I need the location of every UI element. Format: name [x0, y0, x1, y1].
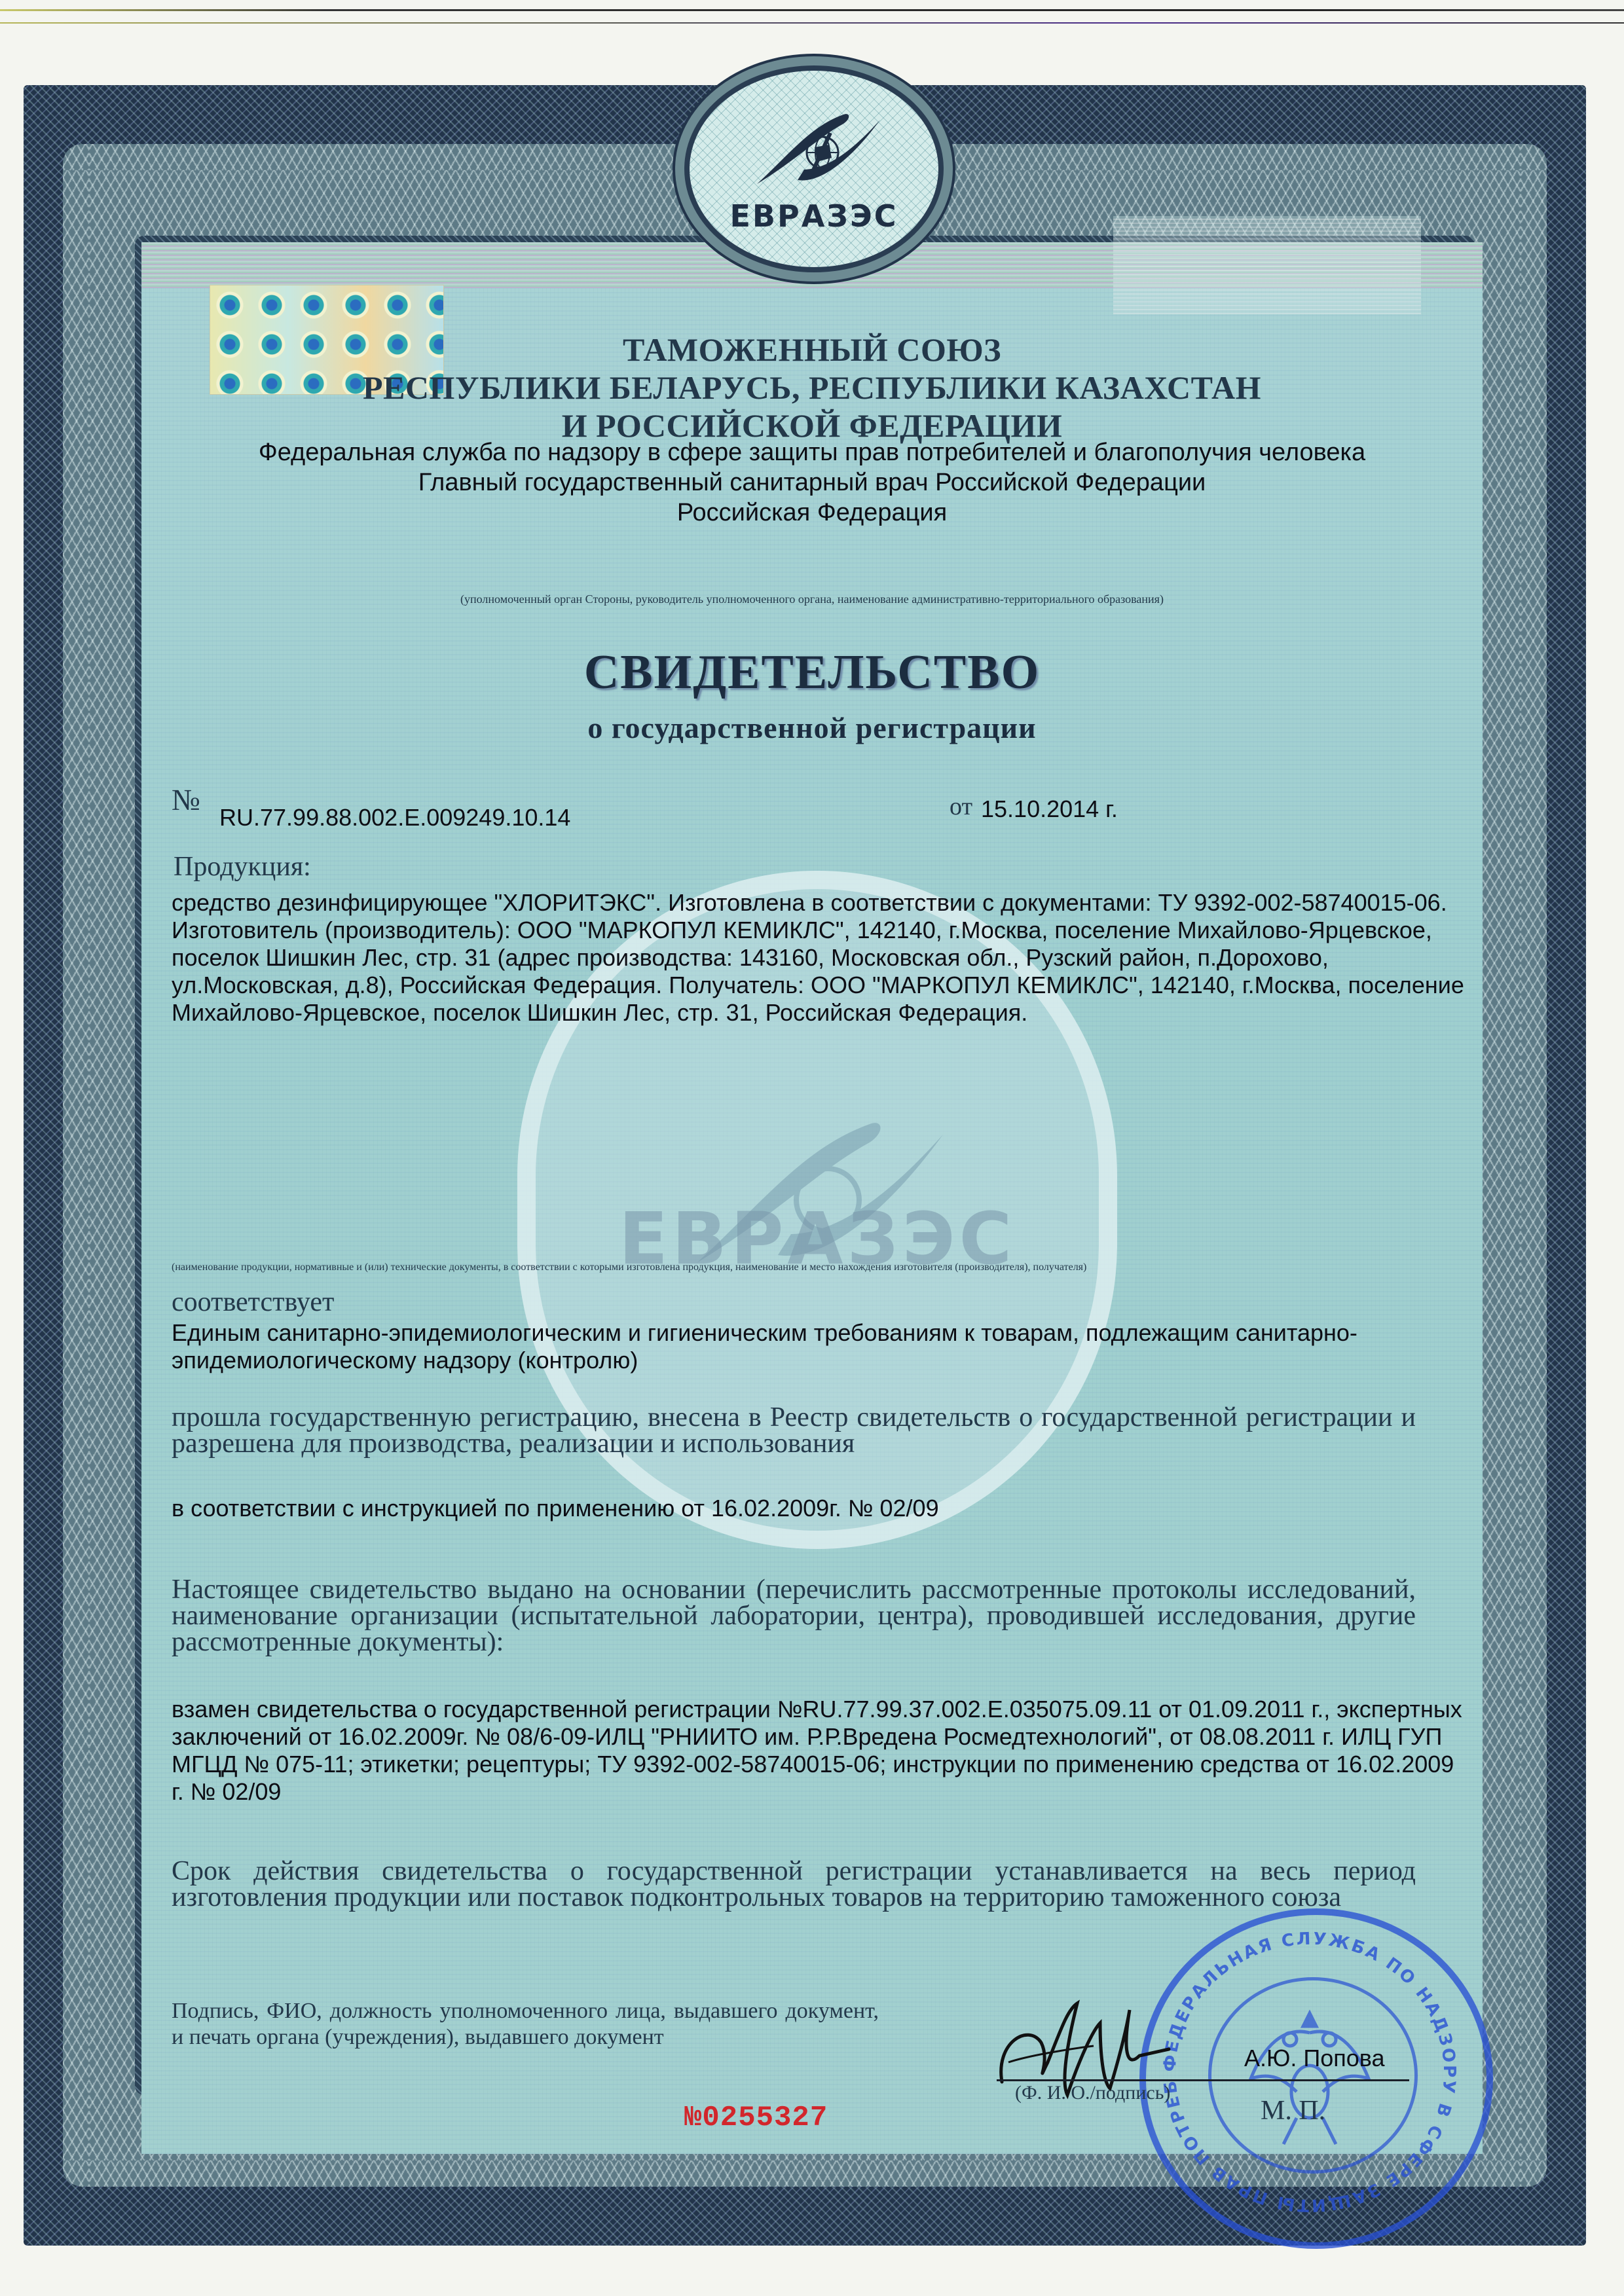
conformity-label: соответствует [172, 1286, 334, 1318]
agency-line: Российская Федерация [141, 498, 1483, 528]
double-headed-eagle-icon [1238, 2000, 1382, 2157]
authority-caption: (уполномоченный орган Стороны, руководит… [141, 592, 1483, 606]
agency-line: Главный государственный санитарный врач … [141, 467, 1483, 498]
product-description: средство дезинфицирующее "ХЛОРИТЭКС". Из… [172, 889, 1468, 1027]
document-subtitle: о государственной регистрации [141, 710, 1483, 745]
registration-statement: прошла государственную регистрацию, внес… [172, 1404, 1416, 1457]
conformity-text: Единым санитарно-эпидемиологическим и ги… [172, 1319, 1468, 1374]
union-header: ТАМОЖЕННЫЙ СОЮЗ РЕСПУБЛИКИ БЕЛАРУСЬ, РЕС… [141, 331, 1483, 445]
signature-caption: (Ф. И. О./подпись) [1015, 2082, 1170, 2104]
validity-statement: Срок действия свидетельства о государств… [172, 1858, 1416, 1910]
signer-name: А.Ю. Попова [1244, 2045, 1385, 2072]
basis-documents: взамен свидетельства о государственной р… [172, 1696, 1468, 1806]
signature-line [997, 2079, 1409, 2081]
union-line: РЕСПУБЛИКИ БЕЛАРУСЬ, РЕСПУБЛИКИ КАЗАХСТА… [141, 369, 1483, 407]
eaeu-emblem: ЕВРАЗЭС [684, 65, 944, 272]
document-title: СВИДЕТЕЛЬСТВО [141, 645, 1483, 701]
agency-header: Федеральная служба по надзору в сфере за… [141, 437, 1483, 528]
number-sign: № [172, 782, 200, 817]
scan-edge-line [0, 9, 1624, 11]
product-caption: (наименование продукции, нормативные и (… [172, 1262, 1475, 1273]
form-serial-number: №0255327 [684, 2102, 828, 2134]
seal-mark: М. П. [1261, 2095, 1325, 2126]
signature-label: Подпись, ФИО, должность уполномоченного … [172, 1998, 879, 2050]
registration-date: 15.10.2014 г. [981, 795, 1118, 823]
date-label: от [950, 792, 972, 821]
agency-line: Федеральная служба по надзору в сфере за… [141, 437, 1483, 467]
registration-number: RU.77.99.88.002.E.009249.10.14 [219, 804, 570, 831]
eaeu-logo-icon [752, 107, 883, 192]
hologram-strip [1113, 216, 1421, 314]
emblem-text: ЕВРАЗЭС [690, 198, 938, 234]
scan-edge-line [0, 22, 1624, 24]
basis-label: Настоящее свидетельство выдано на основа… [172, 1576, 1416, 1655]
product-label: Продукция: [174, 851, 311, 883]
instruction-reference: в соответствии с инструкцией по применен… [172, 1495, 1468, 1522]
union-line: ТАМОЖЕННЫЙ СОЮЗ [141, 331, 1483, 369]
